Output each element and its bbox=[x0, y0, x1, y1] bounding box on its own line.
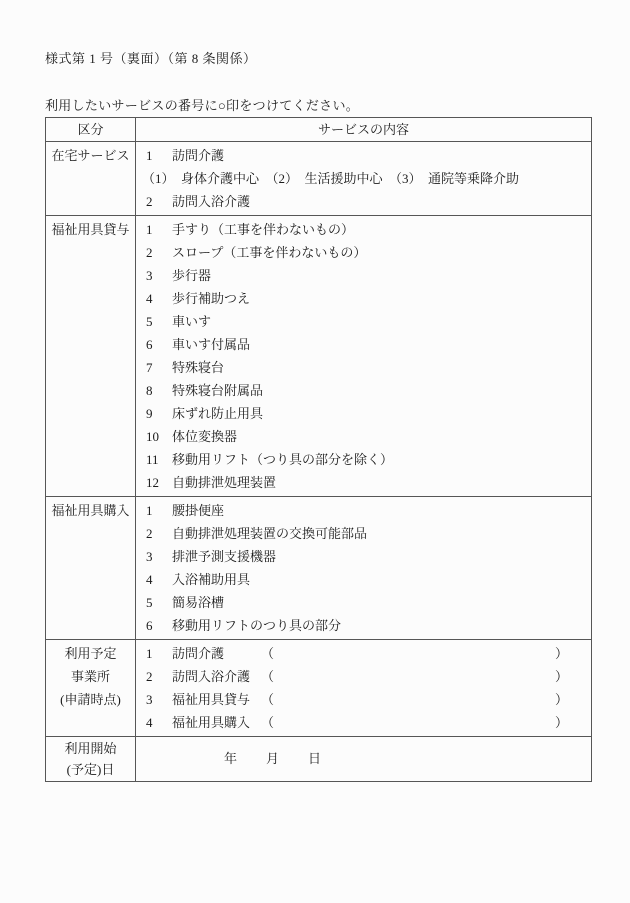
item-number: 9 bbox=[146, 402, 172, 425]
provider-row: 3福祉用具貸与 （ ） bbox=[136, 688, 591, 711]
provider-row: 2訪問入浴介護 （ ） bbox=[136, 665, 591, 688]
category-equipment-rental: 福祉用具貸与 bbox=[46, 216, 136, 496]
form-page: 様式第 1 号（裏面）（第 8 条関係） 利用したいサービスの番号に○印をつけて… bbox=[0, 0, 630, 903]
section-start-date: 利用開始 (予定)日 年 月 日 bbox=[46, 737, 591, 781]
section-equipment-purchase: 福祉用具購入 1腰掛便座 2自動排泄処理装置の交換可能部品 3排泄予測支援機器 … bbox=[46, 497, 591, 640]
service-item: 5車いす bbox=[136, 310, 591, 333]
category-label: 福祉用具貸与 bbox=[46, 218, 135, 241]
item-number: 4 bbox=[146, 568, 172, 591]
service-item: 6移動用リフトのつり具の部分 bbox=[136, 614, 591, 637]
category-label: (予定)日 bbox=[46, 759, 135, 780]
section-content: 年 月 日 bbox=[136, 737, 591, 781]
section-planned-providers: 利用予定 事業所 (申請時点) 1訪問介護 （ ） 2訪問入浴介護 （ ） 3福… bbox=[46, 640, 591, 737]
item-number: 6 bbox=[146, 333, 172, 356]
paren-open: （ bbox=[261, 642, 274, 665]
category-label: 利用開始 bbox=[46, 738, 135, 759]
item-label: 歩行器 bbox=[172, 268, 211, 283]
item-label: 特殊寝台附属品 bbox=[172, 383, 263, 398]
service-item: 2訪問入浴介護 bbox=[136, 190, 591, 213]
paren-open: （ bbox=[261, 688, 274, 711]
item-label: 移動用リフト（つり具の部分を除く） bbox=[172, 452, 393, 467]
item-number: 2 bbox=[146, 522, 172, 545]
section-content: 1訪問介護 （ ） 2訪問入浴介護 （ ） 3福祉用具貸与 （ ） 4福祉用具購… bbox=[136, 640, 591, 736]
service-item: 1手すり（工事を伴わないもの） bbox=[136, 218, 591, 241]
item-number: 10 bbox=[146, 425, 172, 448]
item-label: 歩行補助つえ bbox=[172, 291, 250, 306]
service-item: 10体位変換器 bbox=[136, 425, 591, 448]
category-label: (申請時点) bbox=[46, 688, 135, 711]
item-number: 5 bbox=[146, 591, 172, 614]
item-number: 6 bbox=[146, 614, 172, 637]
item-number: 1 bbox=[146, 144, 172, 167]
category-equipment-purchase: 福祉用具購入 bbox=[46, 497, 136, 639]
service-item: 9床ずれ防止用具 bbox=[136, 402, 591, 425]
item-label: 床ずれ防止用具 bbox=[172, 406, 263, 421]
item-label: 簡易浴槽 bbox=[172, 595, 224, 610]
category-home-services: 在宅サービス bbox=[46, 142, 136, 215]
service-item: 12自動排泄処理装置 bbox=[136, 471, 591, 494]
item-label: （1） 身体介護中心 （2） 生活援助中心 （3） 通院等乗降介助 bbox=[142, 171, 519, 186]
item-number: 11 bbox=[146, 448, 172, 471]
section-equipment-rental: 福祉用具貸与 1手すり（工事を伴わないもの） 2スロープ（工事を伴わないもの） … bbox=[46, 216, 591, 497]
category-start-date: 利用開始 (予定)日 bbox=[46, 737, 136, 781]
item-number: 4 bbox=[146, 711, 172, 734]
section-content: 1手すり（工事を伴わないもの） 2スロープ（工事を伴わないもの） 3歩行器 4歩… bbox=[136, 216, 591, 496]
form-code: 様式第 1 号（裏面）（第 8 条関係） bbox=[45, 48, 257, 67]
item-number: 12 bbox=[146, 471, 172, 494]
category-label: 事業所 bbox=[46, 665, 135, 688]
item-number: 1 bbox=[146, 642, 172, 665]
service-item: 11移動用リフト（つり具の部分を除く） bbox=[136, 448, 591, 471]
service-item: 4入浴補助用具 bbox=[136, 568, 591, 591]
service-table: 区分 サービスの内容 在宅サービス 1訪問介護 （1） 身体介護中心 （2） 生… bbox=[45, 117, 592, 782]
item-label: 車いす付属品 bbox=[172, 337, 250, 352]
item-label: 腰掛便座 bbox=[172, 503, 224, 518]
item-label: 訪問入浴介護 bbox=[172, 669, 250, 684]
item-label: 自動排泄処理装置 bbox=[172, 475, 276, 490]
service-item: 1腰掛便座 bbox=[136, 499, 591, 522]
item-number: 7 bbox=[146, 356, 172, 379]
header-content: サービスの内容 bbox=[136, 118, 591, 141]
service-item: 2自動排泄処理装置の交換可能部品 bbox=[136, 522, 591, 545]
date-placeholder: 年 月 日 bbox=[136, 737, 591, 781]
item-number: 2 bbox=[146, 190, 172, 213]
item-label: 移動用リフトのつり具の部分 bbox=[172, 618, 341, 633]
category-planned-providers: 利用予定 事業所 (申請時点) bbox=[46, 640, 136, 736]
item-label: 訪問入浴介護 bbox=[172, 194, 250, 209]
item-label: 訪問介護 bbox=[172, 646, 224, 661]
service-item: 3歩行器 bbox=[136, 264, 591, 287]
provider-row: 4福祉用具購入 （ ） bbox=[136, 711, 591, 734]
item-label: 自動排泄処理装置の交換可能部品 bbox=[172, 526, 367, 541]
paren-close: ） bbox=[555, 711, 568, 734]
paren-close: ） bbox=[555, 688, 568, 711]
service-item: 2スロープ（工事を伴わないもの） bbox=[136, 241, 591, 264]
item-label: 手すり（工事を伴わないもの） bbox=[172, 222, 354, 237]
category-label: 福祉用具購入 bbox=[46, 499, 135, 522]
section-home-services: 在宅サービス 1訪問介護 （1） 身体介護中心 （2） 生活援助中心 （3） 通… bbox=[46, 142, 591, 216]
service-item: 7特殊寝台 bbox=[136, 356, 591, 379]
service-item: 5簡易浴槽 bbox=[136, 591, 591, 614]
item-label: 排泄予測支援機器 bbox=[172, 549, 276, 564]
table-header-row: 区分 サービスの内容 bbox=[46, 118, 591, 142]
section-content: 1腰掛便座 2自動排泄処理装置の交換可能部品 3排泄予測支援機器 4入浴補助用具… bbox=[136, 497, 591, 639]
service-item: 3排泄予測支援機器 bbox=[136, 545, 591, 568]
header-category: 区分 bbox=[46, 118, 136, 141]
service-item: 1訪問介護 bbox=[136, 144, 591, 167]
item-number: 8 bbox=[146, 379, 172, 402]
category-label: 利用予定 bbox=[46, 642, 135, 665]
service-subitem: （1） 身体介護中心 （2） 生活援助中心 （3） 通院等乗降介助 bbox=[136, 167, 591, 190]
item-label: 福祉用具購入 bbox=[172, 715, 250, 730]
provider-row: 1訪問介護 （ ） bbox=[136, 642, 591, 665]
section-content: 1訪問介護 （1） 身体介護中心 （2） 生活援助中心 （3） 通院等乗降介助 … bbox=[136, 142, 591, 215]
item-number: 3 bbox=[146, 545, 172, 568]
item-label: 特殊寝台 bbox=[172, 360, 224, 375]
item-label: 入浴補助用具 bbox=[172, 572, 250, 587]
item-number: 5 bbox=[146, 310, 172, 333]
instruction-text: 利用したいサービスの番号に○印をつけてください。 bbox=[45, 95, 359, 114]
item-number: 3 bbox=[146, 264, 172, 287]
item-number: 1 bbox=[146, 218, 172, 241]
paren-close: ） bbox=[555, 665, 568, 688]
item-number: 3 bbox=[146, 688, 172, 711]
service-item: 6車いす付属品 bbox=[136, 333, 591, 356]
paren-open: （ bbox=[261, 711, 274, 734]
item-label: 訪問介護 bbox=[172, 148, 224, 163]
item-label: 車いす bbox=[172, 314, 211, 329]
service-item: 4歩行補助つえ bbox=[136, 287, 591, 310]
paren-open: （ bbox=[261, 665, 274, 688]
item-label: 福祉用具貸与 bbox=[172, 692, 250, 707]
item-number: 2 bbox=[146, 665, 172, 688]
item-number: 4 bbox=[146, 287, 172, 310]
category-label: 在宅サービス bbox=[46, 144, 135, 167]
item-number: 2 bbox=[146, 241, 172, 264]
item-number: 1 bbox=[146, 499, 172, 522]
paren-close: ） bbox=[555, 642, 568, 665]
item-label: 体位変換器 bbox=[172, 429, 237, 444]
item-label: スロープ（工事を伴わないもの） bbox=[172, 245, 366, 260]
service-item: 8特殊寝台附属品 bbox=[136, 379, 591, 402]
